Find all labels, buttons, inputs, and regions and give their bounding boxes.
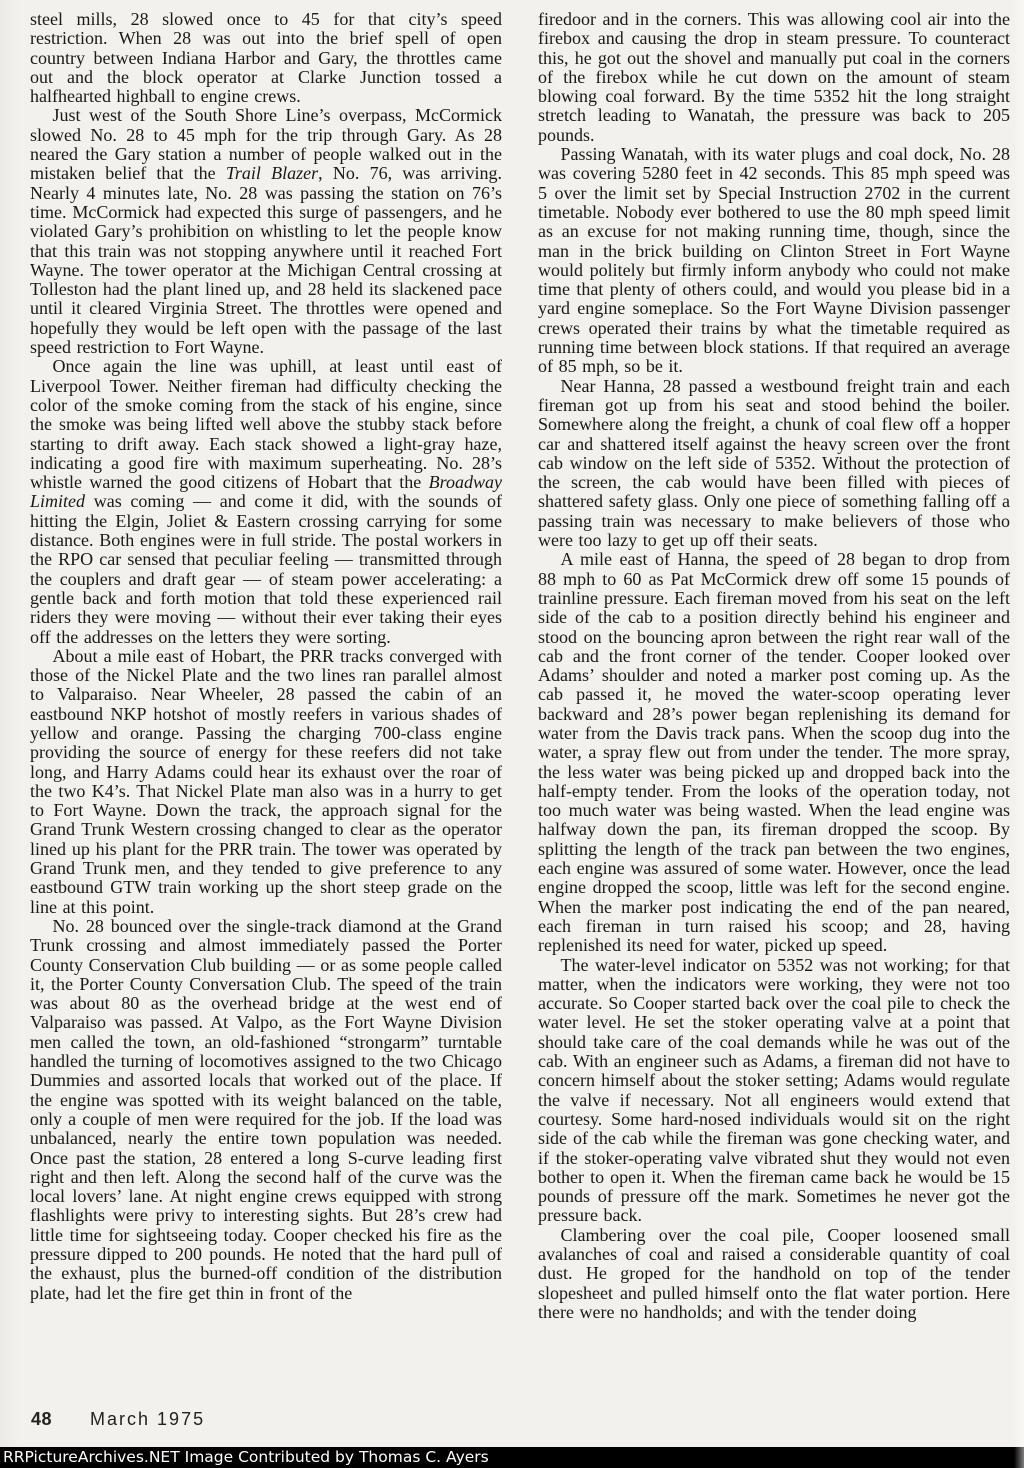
paragraph: No. 28 bounced over the single-track dia…: [30, 917, 502, 1303]
paragraph: The water-level indicator on 5352 was no…: [538, 956, 1010, 1226]
left-column: steel mills, 28 slowed once to 45 for th…: [30, 10, 502, 1322]
right-column: firedoor and in the corners. This was al…: [538, 10, 1010, 1322]
paragraph: Clambering over the coal pile, Cooper lo…: [538, 1226, 1010, 1322]
paragraph: Just west of the South Shore Line’s over…: [30, 106, 502, 357]
paragraph: firedoor and in the corners. This was al…: [538, 10, 1010, 145]
paragraph: Once again the line was uphill, at least…: [30, 357, 502, 646]
article-body: steel mills, 28 slowed once to 45 for th…: [30, 10, 1010, 1322]
issue-date: March 1975: [90, 1409, 205, 1429]
paragraph: About a mile east of Hobart, the PRR tra…: [30, 647, 502, 917]
watermark-bar: RRPictureArchives.NET Image Contributed …: [0, 1447, 1024, 1468]
paragraph: A mile east of Hanna, the speed of 28 be…: [538, 550, 1010, 955]
paragraph: Near Hanna, 28 passed a westbound freigh…: [538, 377, 1010, 551]
page-number: 48: [31, 1409, 52, 1429]
paragraph: steel mills, 28 slowed once to 45 for th…: [30, 10, 502, 106]
magazine-page-scan: steel mills, 28 slowed once to 45 for th…: [0, 0, 1024, 1468]
watermark-text: RRPictureArchives.NET Image Contributed …: [3, 1448, 489, 1466]
page-footer: 48March 1975: [31, 1409, 205, 1430]
paragraph: Passing Wanatah, with its water plugs an…: [538, 145, 1010, 377]
